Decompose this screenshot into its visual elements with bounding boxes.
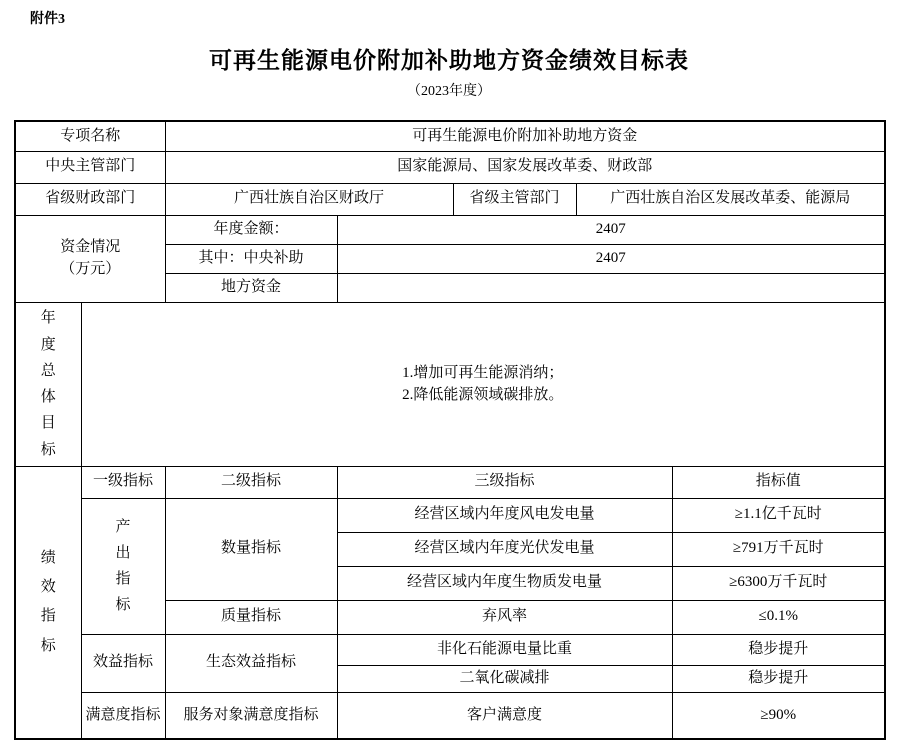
indicator-value: 稳步提升: [672, 665, 885, 692]
table-row: 中央主管部门 国家能源局、国家发展改革委、财政部: [15, 151, 885, 183]
central-dept-label: 中央主管部门: [15, 151, 165, 183]
project-name-label: 专项名称: [15, 121, 165, 151]
header-value: 指标值: [672, 466, 885, 498]
indicators-section-label-text: 绩效指标: [40, 544, 57, 661]
indicator-level3: 二氧化碳减排: [337, 665, 672, 692]
table-row: 满意度指标 服务对象满意度指标 客户满意度 ≥90%: [15, 692, 885, 739]
header-level1: 一级指标: [81, 466, 165, 498]
benefit-indicator-label: 效益指标: [81, 634, 165, 692]
service-satisfaction-indicator-label: 服务对象满意度指标: [165, 692, 337, 739]
attachment-number: 附件3: [30, 8, 65, 28]
indicator-value: ≤0.1%: [672, 600, 885, 634]
indicator-value: ≥6300万千瓦时: [672, 566, 885, 600]
funding-label-line2: （万元）: [18, 259, 163, 281]
indicator-level3: 经营区域内年度生物质发电量: [337, 566, 672, 600]
table-row: 省级财政部门 广西壮族自治区财政厅 省级主管部门 广西壮族自治区发展改革委、能源…: [15, 183, 885, 215]
funding-section-label: 资金情况 （万元）: [15, 215, 165, 302]
table-row: 年度总体目标 1.增加可再生能源消纳； 2.降低能源领域碳排放。: [15, 302, 885, 466]
document-page: 附件3 可再生能源电价附加补助地方资金绩效目标表 （2023年度） 专项名称 可…: [0, 0, 898, 752]
annual-goal-content: 1.增加可再生能源消纳； 2.降低能源领域碳排放。: [81, 302, 885, 466]
table-row: 绩效指标 一级指标 二级指标 三级指标 指标值: [15, 466, 885, 498]
annual-amount-label: 年度金额：: [165, 215, 337, 244]
table-row: 专项名称 可再生能源电价附加补助地方资金: [15, 121, 885, 151]
central-subsidy-value: 2407: [337, 244, 885, 273]
indicator-level3: 客户满意度: [337, 692, 672, 739]
indicator-value: ≥90%: [672, 692, 885, 739]
table-row: 资金情况 （万元） 年度金额： 2407: [15, 215, 885, 244]
annual-goal-line: 1.增加可再生能源消纳；: [84, 362, 883, 385]
header-level2: 二级指标: [165, 466, 337, 498]
provincial-finance-value: 广西壮族自治区财政厅: [165, 183, 453, 215]
local-funds-value: [337, 273, 885, 302]
quality-indicator-label: 质量指标: [165, 600, 337, 634]
annual-goal-label: 年度总体目标: [15, 302, 81, 466]
provincial-dept-label: 省级主管部门: [453, 183, 576, 215]
table-row: 效益指标 生态效益指标 非化石能源电量比重 稳步提升: [15, 634, 885, 665]
header-level3: 三级指标: [337, 466, 672, 498]
output-indicator-label: 产出指标: [81, 498, 165, 634]
performance-target-table: 专项名称 可再生能源电价附加补助地方资金 中央主管部门 国家能源局、国家发展改革…: [14, 120, 886, 740]
funding-label-line1: 资金情况: [18, 237, 163, 259]
central-dept-value: 国家能源局、国家发展改革委、财政部: [165, 151, 885, 183]
indicator-level3: 非化石能源电量比重: [337, 634, 672, 665]
annual-amount-value: 2407: [337, 215, 885, 244]
provincial-dept-value: 广西壮族自治区发展改革委、能源局: [576, 183, 885, 215]
satisfaction-indicator-label: 满意度指标: [81, 692, 165, 739]
table-row: 产出指标 数量指标 经营区域内年度风电发电量 ≥1.1亿千瓦时: [15, 498, 885, 532]
provincial-finance-label: 省级财政部门: [15, 183, 165, 215]
eco-benefit-indicator-label: 生态效益指标: [165, 634, 337, 692]
document-title: 可再生能源电价附加补助地方资金绩效目标表: [0, 42, 898, 75]
indicator-level3: 弃风率: [337, 600, 672, 634]
indicator-level3: 经营区域内年度光伏发电量: [337, 532, 672, 566]
annual-goal-line: 2.降低能源领域碳排放。: [84, 384, 883, 407]
indicator-value: ≥791万千瓦时: [672, 532, 885, 566]
indicator-value: 稳步提升: [672, 634, 885, 665]
local-funds-label: 地方资金: [165, 273, 337, 302]
central-subsidy-label: 其中：中央补助: [165, 244, 337, 273]
indicator-level3: 经营区域内年度风电发电量: [337, 498, 672, 532]
indicator-value: ≥1.1亿千瓦时: [672, 498, 885, 532]
quantity-indicator-label: 数量指标: [165, 498, 337, 600]
project-name-value: 可再生能源电价附加补助地方资金: [165, 121, 885, 151]
annual-goal-label-text: 年度总体目标: [40, 305, 57, 463]
document-subtitle: （2023年度）: [0, 80, 898, 100]
output-indicator-label-text: 产出指标: [115, 514, 132, 619]
indicators-section-label: 绩效指标: [15, 466, 81, 739]
